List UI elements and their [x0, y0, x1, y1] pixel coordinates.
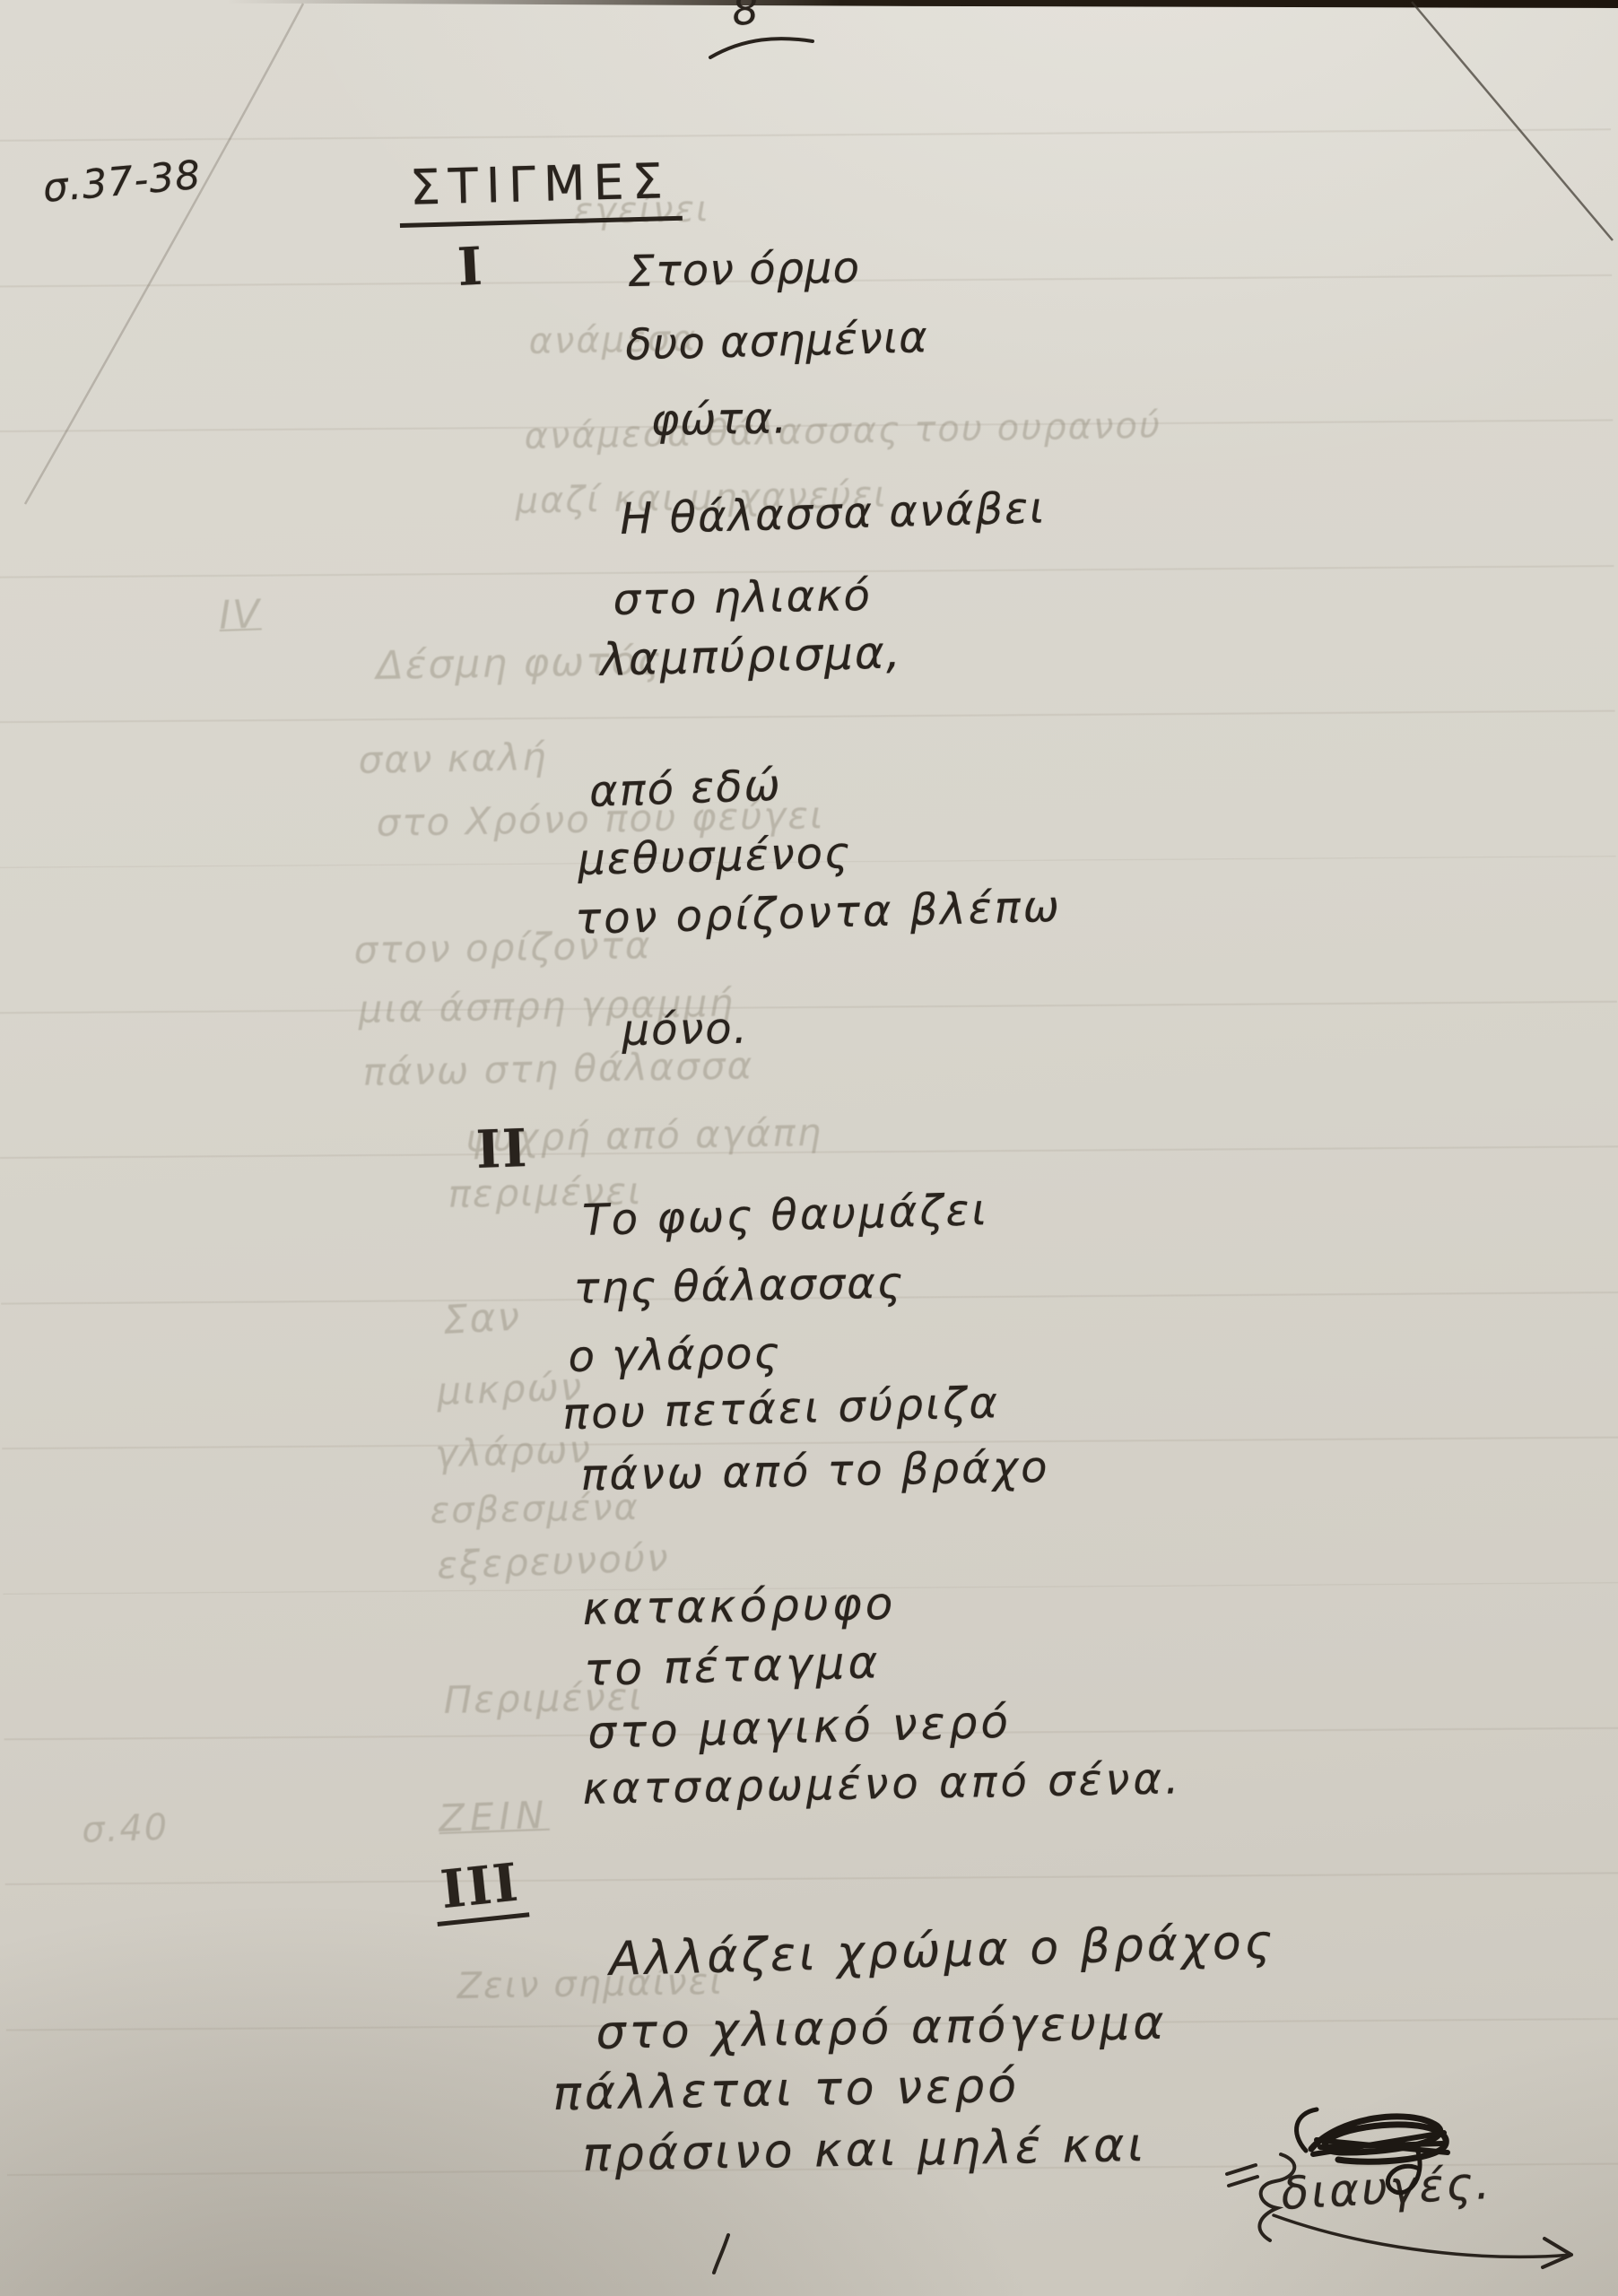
stray-pen-stroke — [714, 2235, 728, 2273]
bleedthrough-line: Σαν — [442, 1296, 523, 1342]
poem-line: ο γλάρος — [568, 1331, 781, 1380]
photo-top-edge — [0, 0, 1618, 8]
poem-line: πάνω από το βράχο — [580, 1445, 1050, 1499]
bleedthrough-line: IV — [218, 594, 262, 637]
arrow-icon — [1274, 2215, 1571, 2267]
poem-line: που πετάει σύριζα — [562, 1380, 1001, 1437]
page-number: 8 — [731, 0, 761, 32]
poem-line: τον ορίζοντα βλέπω — [575, 884, 1063, 943]
bleedthrough-line: σ.40 — [82, 1809, 170, 1849]
poem-line: διαυγές. — [1280, 2160, 1493, 2218]
bleedthrough-line: σαν καλή — [358, 737, 548, 780]
margin-note: σ.37-38 — [41, 155, 203, 210]
poem-line: πράσινο και μηλέ και — [582, 2121, 1147, 2180]
section-numeral-3: III — [431, 1855, 530, 1926]
poem-line: μεθυσμένος — [578, 831, 852, 883]
poem-line: μόνο. — [622, 1006, 749, 1054]
corner-pencil-line — [1412, 2, 1613, 240]
poem-line: κατσαρωμένο από σένα. — [582, 1756, 1182, 1812]
poem-line: δυο ασημένια — [625, 315, 929, 368]
poem-line: κατακόρυφο — [582, 1580, 897, 1633]
paper-crease — [25, 4, 303, 504]
poem-line: το πέταγμα — [584, 1639, 882, 1693]
page-number-underline — [710, 39, 813, 57]
poem-line: Στον όρμο — [627, 245, 860, 294]
bleedthrough-line: ΖΕΙΝ — [438, 1796, 550, 1839]
manuscript-page: εγείνει ανάμεσα ανάμεσα θάλασσας του ουρ… — [0, 0, 1618, 2296]
poem-line: Αλλάζει χρώμα ο βράχος — [609, 1918, 1276, 1985]
bleedthrough-line: εξερευνούν — [436, 1538, 670, 1586]
poem-line: στο χλιαρό απόγευμα — [596, 1999, 1168, 2058]
poem-line: λαμπύρισμα, — [600, 629, 903, 683]
poem-line: Η θάλασσα ανάβει — [620, 486, 1047, 543]
poem-line: Το φως θαυμάζει — [582, 1187, 990, 1243]
poem-line: στο μαγικό νερό — [587, 1699, 1013, 1757]
section-numeral-1: I — [457, 239, 485, 295]
section-numeral-2: II — [475, 1121, 529, 1178]
poem-line: της θάλασσας — [573, 1261, 904, 1312]
bleedthrough-line: ανάμεσα θάλασσας του ουρανού — [524, 407, 1161, 456]
poem-line: φώτα. — [650, 396, 788, 443]
poem-line: πάλλεται το νερό — [552, 2062, 1020, 2119]
poem-line: από εδώ — [588, 763, 782, 815]
poem-title: ΣΤΙΓΜΕΣ — [398, 156, 683, 228]
poem-line: στο ηλιακό — [613, 573, 872, 622]
